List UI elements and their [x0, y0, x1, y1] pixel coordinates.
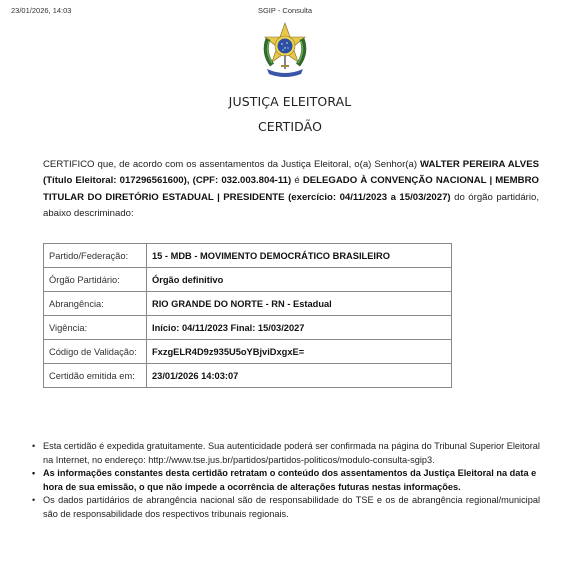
cert-voter-id: (Título Eleitoral: 017296561600), (CPF: …: [43, 175, 291, 186]
brazil-coat-of-arms-icon: [260, 21, 310, 81]
table-row: Partido/Federação: 15 - MDB - MOVIMENTO …: [44, 244, 452, 268]
certificate-text: CERTIFICO que, de acordo com os assentam…: [43, 157, 539, 222]
row-label: Partido/Federação:: [44, 244, 147, 268]
party-info-table: Partido/Federação: 15 - MDB - MOVIMENTO …: [43, 243, 452, 388]
row-label: Órgão Partidário:: [44, 268, 147, 292]
cert-intro: CERTIFICO que, de acordo com os assentam…: [43, 159, 420, 170]
table-row: Órgão Partidário: Órgão definitivo: [44, 268, 452, 292]
table-row: Abrangência: RIO GRANDE DO NORTE - RN - …: [44, 292, 452, 316]
note-item: Os dados partidários de abrangência naci…: [43, 494, 540, 521]
document-title: CERTIDÃO: [0, 119, 570, 134]
row-value: 15 - MDB - MOVIMENTO DEMOCRÁTICO BRASILE…: [147, 244, 452, 268]
row-label: Abrangência:: [44, 292, 147, 316]
row-label: Vigência:: [44, 316, 147, 340]
row-value: Órgão definitivo: [147, 268, 452, 292]
row-value: Início: 04/11/2023 Final: 15/03/2027: [147, 316, 452, 340]
cert-connector: é: [291, 175, 303, 186]
institution-heading: JUSTIÇA ELEITORAL: [0, 94, 570, 109]
print-header: 23/01/2026, 14:03 SGIP - Consulta: [0, 6, 570, 18]
note-item: As informações constantes desta certidão…: [43, 467, 540, 494]
cert-exercise-period: (exercício: 04/11/2023 a 15/03/2027): [285, 192, 451, 203]
validation-code: FxzgELR4D9z935U5oYBjviDxgxE=: [147, 340, 452, 364]
print-page-title: SGIP - Consulta: [0, 6, 570, 15]
row-label: Código de Validação:: [44, 340, 147, 364]
table-row: Certidão emitida em: 23/01/2026 14:03:07: [44, 364, 452, 388]
cert-person-name: WALTER PEREIRA ALVES: [420, 159, 539, 170]
notes-list: Esta certidão é expedida gratuitamente. …: [43, 440, 540, 521]
issued-at: 23/01/2026 14:03:07: [147, 364, 452, 388]
row-label: Certidão emitida em:: [44, 364, 147, 388]
note-item: Esta certidão é expedida gratuitamente. …: [43, 440, 540, 467]
row-value: RIO GRANDE DO NORTE - RN - Estadual: [147, 292, 452, 316]
table-row: Vigência: Início: 04/11/2023 Final: 15/0…: [44, 316, 452, 340]
table-row: Código de Validação: FxzgELR4D9z935U5oYB…: [44, 340, 452, 364]
